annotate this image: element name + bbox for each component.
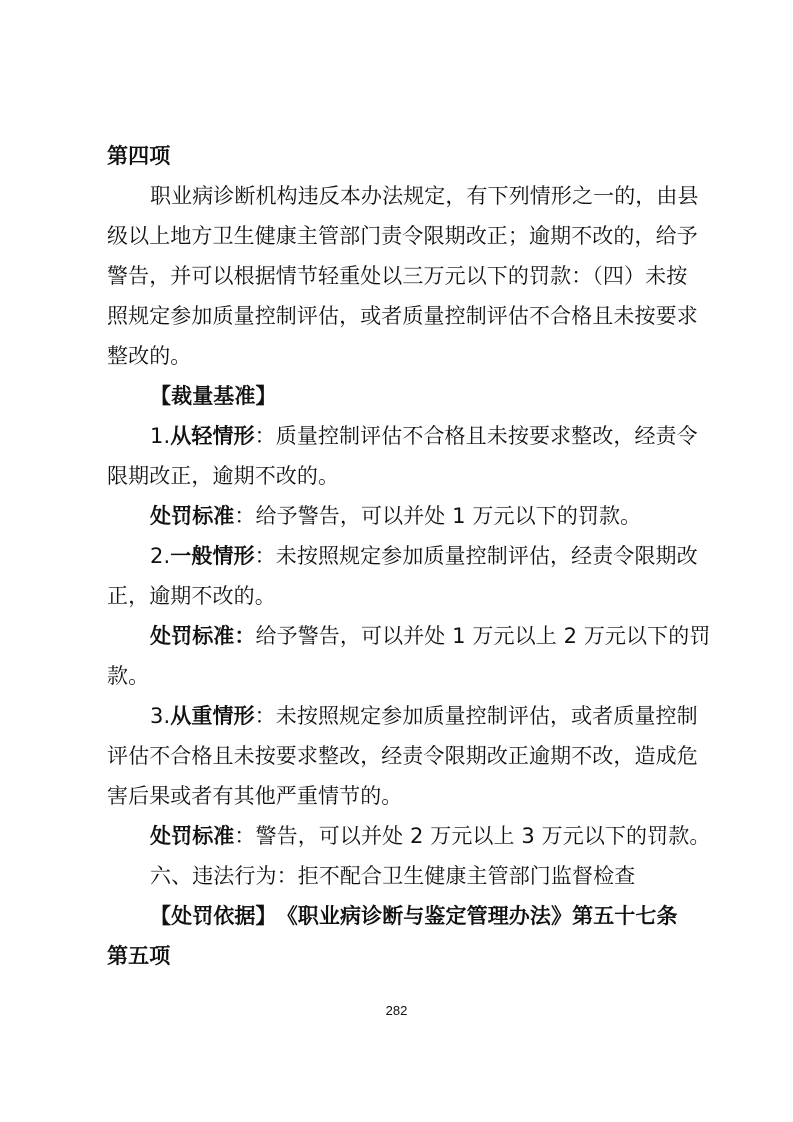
criteria-item-light: 1.从轻情形：质量控制评估不合格且未按要求整改，经责令 xyxy=(107,416,697,456)
paragraph-line: 评估不合格且未按要求整改，经责令限期改正逾期不改，造成危 xyxy=(107,736,697,776)
body-text: ：未按照规定参加质量控制评估，经责令限期改 xyxy=(255,544,698,568)
paragraph-line: 害后果或者有其他严重情节的。 xyxy=(107,776,697,816)
body-text: 照规定参加质量控制评估，或者质量控制评估不合格且未按要求 xyxy=(107,304,698,328)
violation-item-6: 六、违法行为：拒不配合卫生健康主管部门监督检查 xyxy=(107,856,697,896)
body-text: 六、违法行为：拒不配合卫生健康主管部门监督检查 xyxy=(150,864,635,888)
item-label: 一般情形 xyxy=(170,544,254,568)
item-number: 2. xyxy=(150,544,170,568)
item-label: 从轻情形 xyxy=(170,424,254,448)
heading-text: 【裁量基准】 xyxy=(150,384,277,408)
heading-text: 第四项 xyxy=(107,144,170,168)
penalty-label: 处罚标准 xyxy=(150,824,234,848)
penalty-standard-severe: 处罚标准：警告，可以并处 2 万元以上 3 万元以下的罚款。 xyxy=(107,816,697,856)
criteria-item-severe: 3.从重情形：未按照规定参加质量控制评估，或者质量控制 xyxy=(107,696,697,736)
document-page: 第四项 职业病诊断机构违反本办法规定，有下列情形之一的，由县 级以上地方卫生健康… xyxy=(107,136,697,976)
paragraph-line: 警告，并可以根据情节轻重处以三万元以下的罚款：（四）未按 xyxy=(107,256,697,296)
body-text: 整改的。 xyxy=(107,344,191,368)
body-text: 害后果或者有其他严重情节的。 xyxy=(107,784,402,808)
body-text: 正，逾期不改的。 xyxy=(107,584,276,608)
body-text: ：警告，可以并处 2 万元以上 3 万元以下的罚款。 xyxy=(234,824,710,848)
penalty-basis-continuation: 第五项 xyxy=(107,936,697,976)
paragraph-line: 正，逾期不改的。 xyxy=(107,576,697,616)
penalty-standard-general: 处罚标准：给予警告，可以并处 1 万元以上 2 万元以下的罚 xyxy=(107,616,697,656)
body-text: 限期改正，逾期不改的。 xyxy=(107,464,339,488)
paragraph-line: 限期改正，逾期不改的。 xyxy=(107,456,697,496)
paragraph-line: 照规定参加质量控制评估，或者质量控制评估不合格且未按要求 xyxy=(107,296,697,336)
body-text: 评估不合格且未按要求整改，经责令限期改正逾期不改，造成危 xyxy=(107,744,698,768)
page-number: 282 xyxy=(0,1003,793,1018)
penalty-standard-light: 处罚标准：给予警告，可以并处 1 万元以下的罚款。 xyxy=(107,496,697,536)
body-text: ：质量控制评估不合格且未按要求整改，经责令 xyxy=(255,424,698,448)
body-text: 职业病诊断机构违反本办法规定，有下列情形之一的，由县 xyxy=(150,184,699,208)
penalty-label: 处罚标准 xyxy=(150,504,234,528)
item-number: 3. xyxy=(150,704,170,728)
section-heading-item4: 第四项 xyxy=(107,136,697,176)
item-number: 1. xyxy=(150,424,170,448)
criteria-heading: 【裁量基准】 xyxy=(107,376,697,416)
paragraph-line: 整改的。 xyxy=(107,336,697,376)
penalty-label: 处罚标准： xyxy=(150,624,256,648)
paragraph-line: 款。 xyxy=(107,656,697,696)
heading-text: 【处罚依据】 《职业病诊断与鉴定管理办法》第五十七条 xyxy=(150,904,678,928)
body-text: ：未按照规定参加质量控制评估，或者质量控制 xyxy=(255,704,698,728)
paragraph-line: 职业病诊断机构违反本办法规定，有下列情形之一的，由县 xyxy=(107,176,697,216)
heading-text: 第五项 xyxy=(107,944,170,968)
item-label: 从重情形 xyxy=(170,704,254,728)
body-text: 款。 xyxy=(107,664,149,688)
body-text: 警告，并可以根据情节轻重处以三万元以下的罚款：（四）未按 xyxy=(107,264,687,288)
body-text: 给予警告，可以并处 1 万元以上 2 万元以下的罚 xyxy=(256,624,711,648)
body-text: 级以上地方卫生健康主管部门责令限期改正；逾期不改的，给予 xyxy=(107,224,698,248)
penalty-basis-heading: 【处罚依据】 《职业病诊断与鉴定管理办法》第五十七条 xyxy=(107,896,697,936)
paragraph-line: 级以上地方卫生健康主管部门责令限期改正；逾期不改的，给予 xyxy=(107,216,697,256)
criteria-item-general: 2.一般情形：未按照规定参加质量控制评估，经责令限期改 xyxy=(107,536,697,576)
body-text: ：给予警告，可以并处 1 万元以下的罚款。 xyxy=(234,504,641,528)
